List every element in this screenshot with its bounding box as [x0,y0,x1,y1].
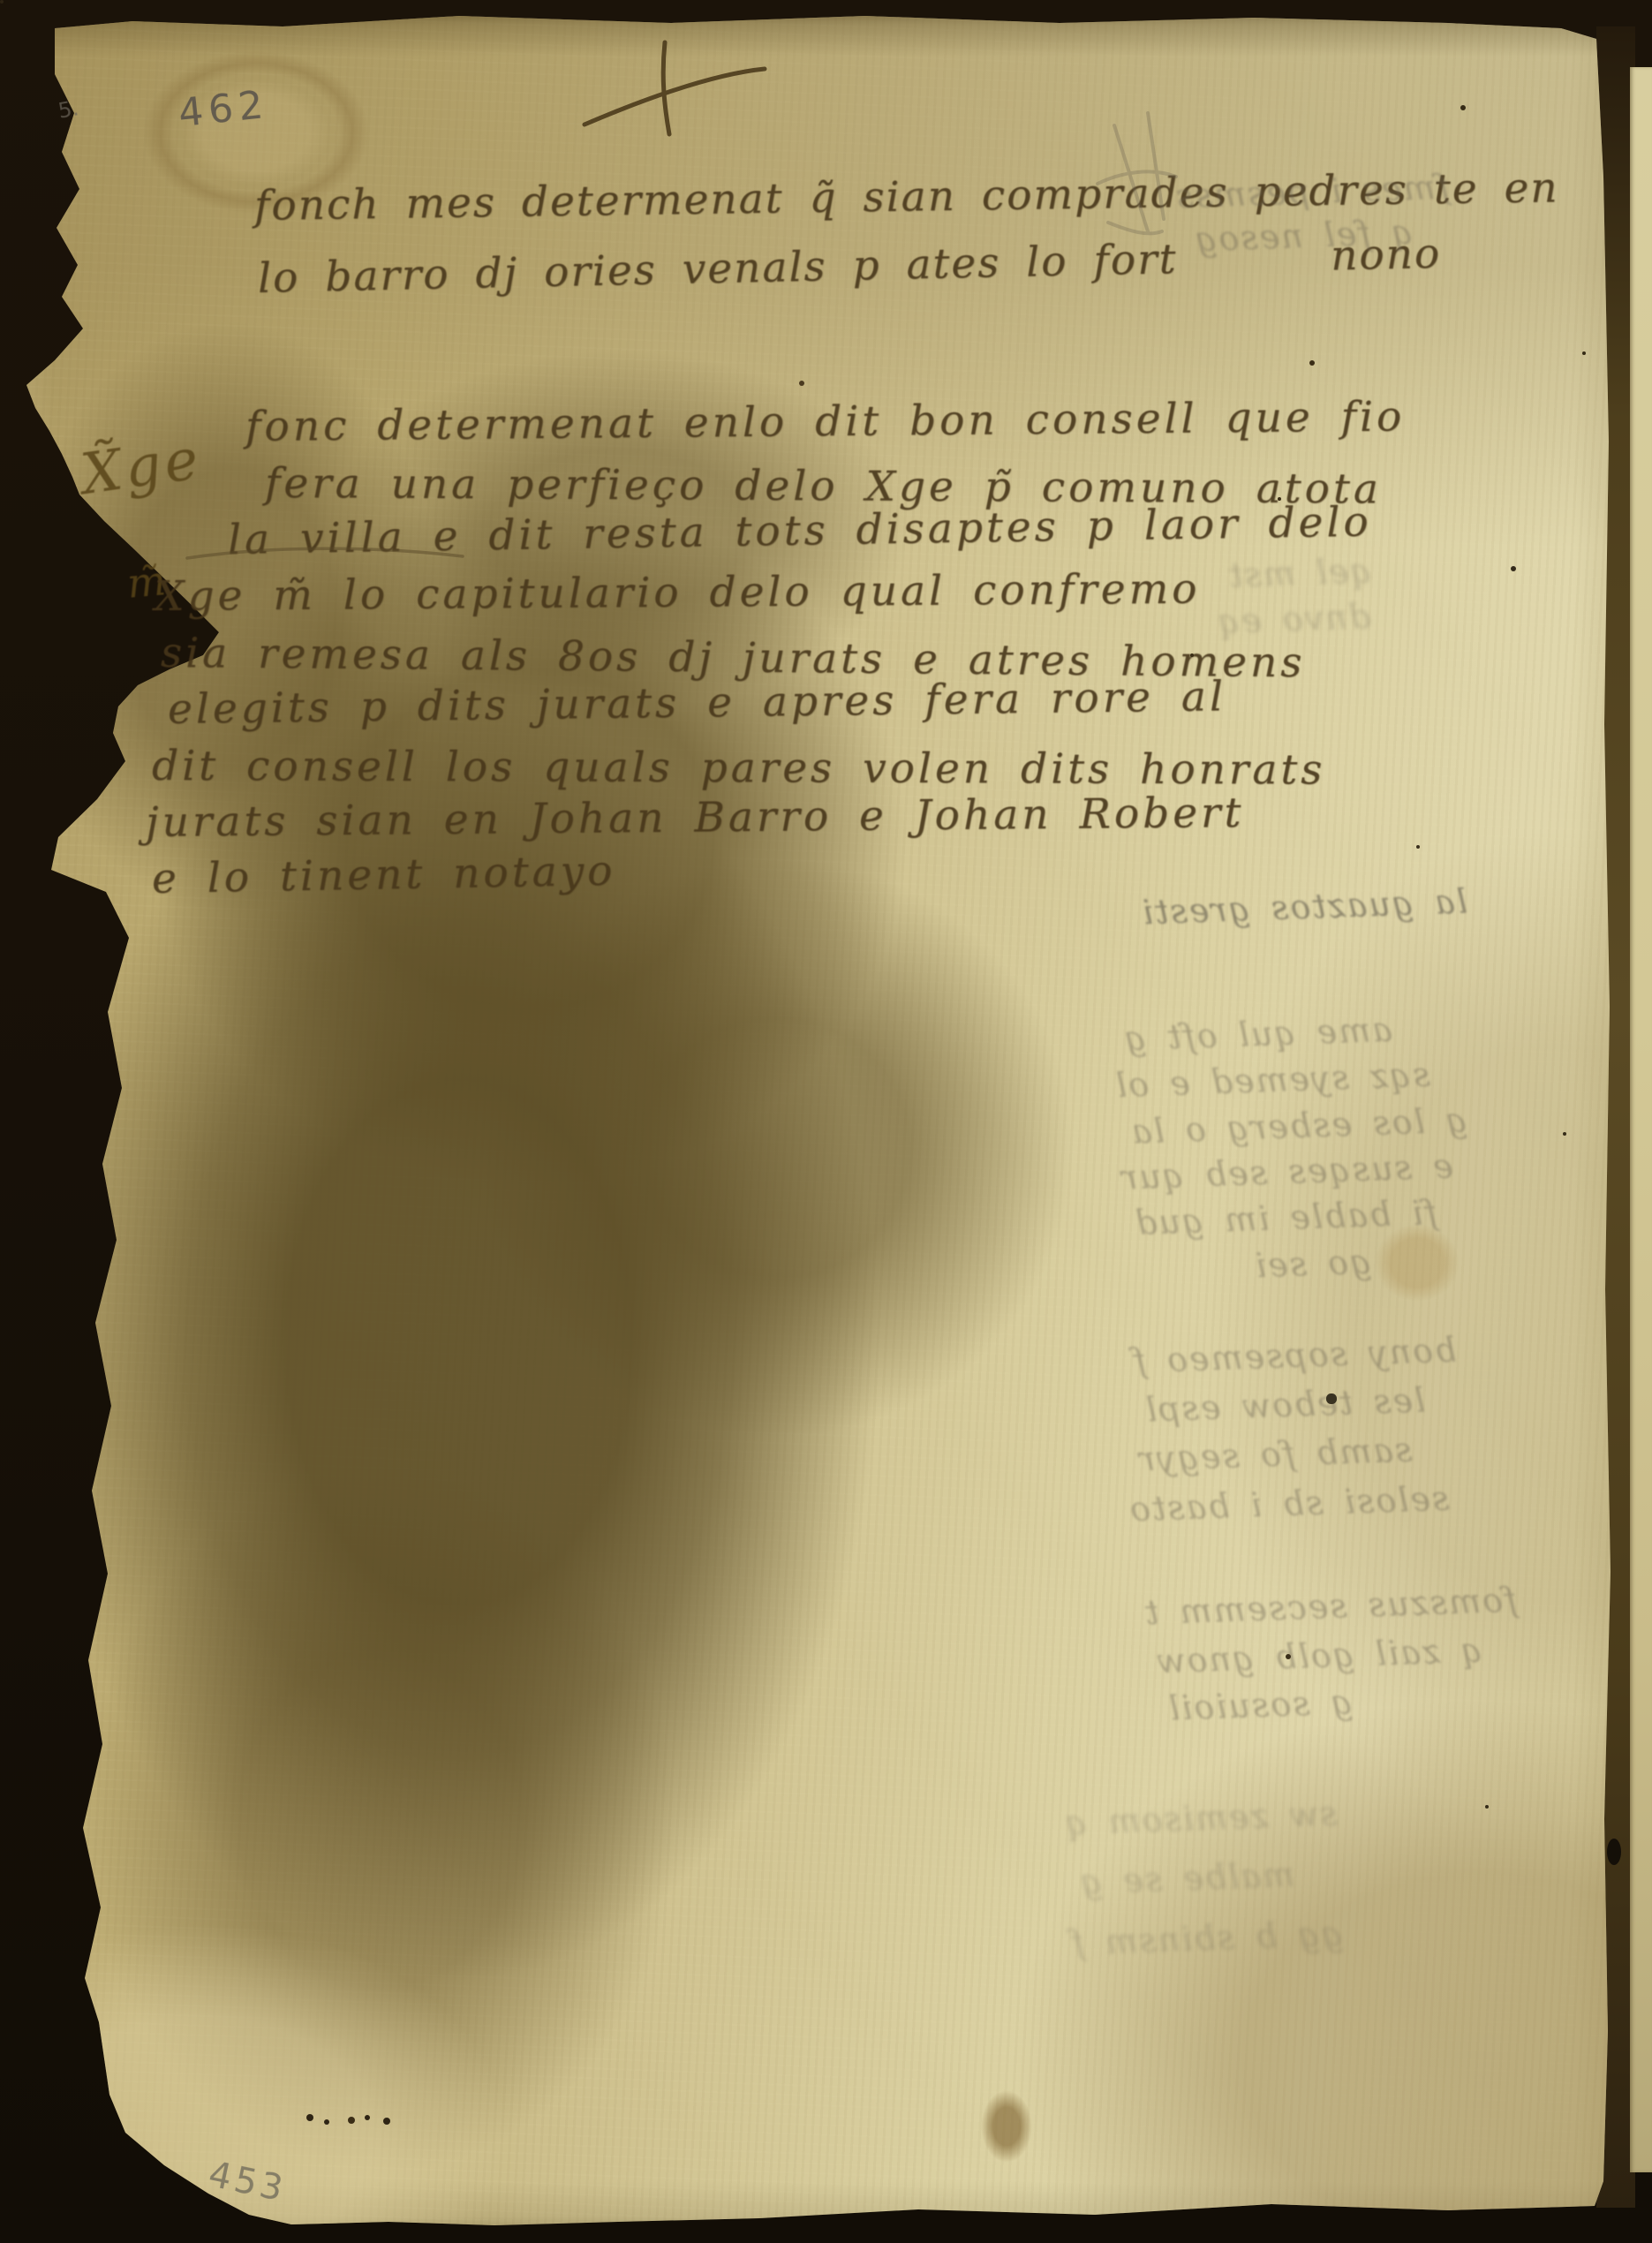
manuscript-photo: 462 5. 453 X̃ge m̃ fonch mes determenat … [0,0,1652,2243]
ink-specks [0,0,4,4]
cross-mark-icon [585,42,765,134]
ink-marks-layer [0,0,1652,2243]
mirrored-numeral-bleed-icon [1098,113,1176,233]
margin-flourish-stroke [187,548,463,558]
